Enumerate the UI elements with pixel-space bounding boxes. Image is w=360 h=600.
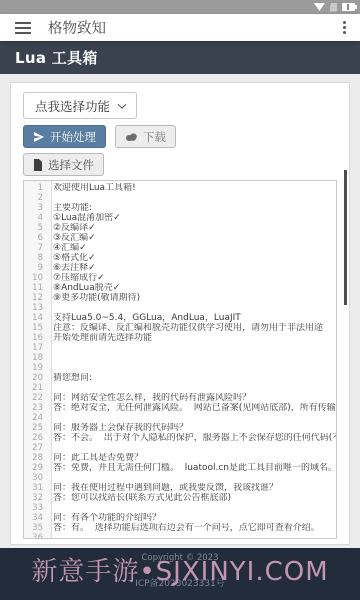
line-text	[47, 363, 53, 373]
editor-line: 8⑤格式化✓	[24, 253, 336, 263]
line-number: 2	[24, 193, 47, 203]
line-text: 问：网站安全性怎么样，我的代码有泄露风险吗？	[47, 393, 251, 403]
line-number: 7	[24, 243, 47, 253]
line-number: 15	[24, 323, 47, 333]
editor-line: 21	[24, 383, 336, 393]
editor-line: 32答：您可以找站长(联系方式见此公告框底部)	[24, 493, 336, 503]
line-number: 24	[24, 413, 47, 423]
send-icon	[33, 131, 45, 143]
line-number: 31	[24, 483, 47, 493]
line-text: ④汇编✓	[47, 243, 87, 253]
line-number: 13	[24, 303, 47, 313]
editor-line: 24	[24, 413, 336, 423]
status-bar	[0, 0, 360, 14]
page-title: Lua 工具箱	[15, 47, 98, 68]
editor-line: 2	[24, 193, 336, 203]
editor-line: 28问：此工具是否免费？	[24, 453, 336, 463]
editor-line: 15注意：反编译、反汇编和脱壳功能仅供学习使用，请勿用于非法用途	[24, 323, 336, 333]
editor-line: 11⑧AndLua脱壳✓	[24, 283, 336, 293]
line-text: ②反编译✓	[47, 223, 96, 233]
editor-line: 29答：免费，并且无需任何门槛。 luatool.cn是此工具目前唯一的域名。	[24, 463, 336, 473]
line-number: 20	[24, 373, 47, 383]
start-process-button[interactable]: 开始处理	[23, 125, 106, 148]
app-bar: 格物致知	[0, 14, 360, 41]
editor-line: 35答：有。 选择功能后选项右边会有一个问号，点它即可查看介绍。	[24, 523, 336, 533]
line-text: ⑦压缩成行✓	[47, 273, 105, 283]
line-number: 27	[24, 443, 47, 453]
line-text: ⑨更多功能(敬请期待)	[47, 293, 140, 303]
line-text: ⑥去注释✓	[47, 263, 96, 273]
line-number: 26	[24, 433, 47, 443]
editor-line: 12⑨更多功能(敬请期待)	[24, 293, 336, 303]
line-number: 34	[24, 513, 47, 523]
editor-line: 34问：有各个功能的介绍吗？	[24, 513, 336, 523]
cloud-download-icon	[125, 132, 138, 142]
function-select-dropdown[interactable]: 点我选择功能	[23, 92, 137, 119]
line-number: 36	[24, 533, 47, 539]
editor-line: 25问：服务器上会保存我的代码吗？	[24, 423, 336, 433]
editor-line: 1欢迎使用Lua工具箱!	[24, 183, 336, 193]
line-text	[47, 413, 53, 423]
editor-line: 23答：绝对安全，无任何泄露风险。 网站已备案(见网站底部)，所有传输均采用ht…	[24, 403, 336, 413]
line-number: 19	[24, 363, 47, 373]
line-number: 5	[24, 223, 47, 233]
line-text: ⑤格式化✓	[47, 253, 96, 263]
battery-icon	[342, 3, 355, 11]
editor-line: 36	[24, 533, 336, 539]
line-number: 11	[24, 283, 47, 293]
hamburger-icon[interactable]	[15, 22, 31, 34]
line-text	[47, 473, 53, 483]
editor-line: 5②反编译✓	[24, 223, 336, 233]
line-text	[47, 303, 53, 313]
line-text	[47, 193, 53, 203]
line-text: 答：有。 选择功能后选项右边会有一个问号，点它即可查看介绍。	[47, 523, 320, 533]
line-number: 16	[24, 333, 47, 343]
line-number: 18	[24, 353, 47, 363]
editor-line: 19	[24, 363, 336, 373]
line-number: 3	[24, 203, 47, 213]
line-number: 23	[24, 403, 47, 413]
action-button-row: 开始处理 下载	[23, 125, 176, 148]
line-text: 注意：反编译、反汇编和脱壳功能仅供学习使用，请勿用于非法用途	[47, 323, 323, 333]
line-text: 主要功能:	[47, 203, 92, 213]
wifi-icon	[314, 3, 325, 11]
line-text	[47, 353, 53, 363]
choose-file-button[interactable]: 选择文件	[23, 153, 104, 176]
toolbox-panel: 点我选择功能 开始处理 下载 选择文件 1欢迎使用Lua工具箱!23主要功能:4…	[10, 82, 350, 545]
start-process-label: 开始处理	[50, 129, 96, 145]
editor-line: 7④汇编✓	[24, 243, 336, 253]
line-text	[47, 533, 53, 539]
line-text: 答：您可以找站长(联系方式见此公告框底部)	[47, 493, 231, 503]
chevron-down-icon	[118, 100, 126, 108]
editor-line: 9⑥去注释✓	[24, 263, 336, 273]
editor-line: 16开始处理前请先选择功能	[24, 333, 336, 343]
line-number: 28	[24, 453, 47, 463]
file-icon	[33, 159, 43, 171]
line-number: 21	[24, 383, 47, 393]
editor-line: 27	[24, 443, 336, 453]
page-header: Lua 工具箱	[0, 41, 360, 74]
editor-line: 33	[24, 503, 336, 513]
line-text: 开始处理前请先选择功能	[47, 333, 152, 343]
line-number: 4	[24, 213, 47, 223]
editor-line: 26答：不会。 出于对个人隐私的保护，服务器上不会保存您的任何代码(不经您允许保	[24, 433, 336, 443]
line-number: 8	[24, 253, 47, 263]
download-button[interactable]: 下载	[115, 125, 176, 148]
line-number: 9	[24, 263, 47, 273]
line-text: 问：我在使用过程中遇到问题，或我要反馈，我该找谁？	[47, 483, 278, 493]
footer: Copyright © 2023 ICP备2023023331号 新意手游•SJ…	[0, 548, 360, 600]
line-number: 32	[24, 493, 47, 503]
sim-icon	[330, 3, 337, 12]
editor-line: 3主要功能:	[24, 203, 336, 213]
line-number: 1	[24, 183, 47, 193]
file-button-row: 选择文件	[23, 153, 104, 176]
editor-line: 31问：我在使用过程中遇到问题，或我要反馈，我该找谁？	[24, 483, 336, 493]
line-text: ③反汇编✓	[47, 233, 96, 243]
line-number: 14	[24, 313, 47, 323]
editor-line: 6③反汇编✓	[24, 233, 336, 243]
function-select-label: 点我选择功能	[35, 97, 110, 115]
line-text	[47, 343, 53, 353]
line-text: ⑧AndLua脱壳✓	[47, 283, 120, 293]
kebab-menu-icon[interactable]	[340, 18, 349, 37]
editor-line: 4①Lua混淆加密✓	[24, 213, 336, 223]
line-text	[47, 383, 53, 393]
editor-line: 13	[24, 303, 336, 313]
line-number: 25	[24, 423, 47, 433]
line-text: 问：此工具是否免费？	[47, 453, 143, 463]
editor-line: 30	[24, 473, 336, 483]
line-text: ①Lua混淆加密✓	[47, 213, 121, 223]
line-text: 支持Lua5.0~5.4，GGLua，AndLua，LuaJIT	[47, 313, 241, 323]
line-number: 10	[24, 273, 47, 283]
app-title: 格物致知	[48, 17, 106, 38]
editor-line: 18	[24, 353, 336, 363]
line-number: 6	[24, 233, 47, 243]
editor-line: 22问：网站安全性怎么样，我的代码有泄露风险吗？	[24, 393, 336, 403]
line-number: 17	[24, 343, 47, 353]
line-number: 22	[24, 393, 47, 403]
line-text: 问：有各个功能的介绍吗？	[47, 513, 161, 523]
line-number: 33	[24, 503, 47, 513]
line-text: 问：服务器上会保存我的代码吗？	[47, 423, 188, 433]
line-text	[47, 503, 53, 513]
scrollbar-thumb[interactable]	[344, 170, 347, 305]
site-watermark: 新意手游•SJXINYI.COM	[0, 551, 360, 588]
editor-line: 10⑦压缩成行✓	[24, 273, 336, 283]
download-label: 下载	[143, 129, 166, 145]
line-number: 30	[24, 473, 47, 483]
editor-line: 20猜您想问:	[24, 373, 336, 383]
choose-file-label: 选择文件	[48, 157, 94, 173]
notice-editor[interactable]: 1欢迎使用Lua工具箱!23主要功能:4①Lua混淆加密✓5②反编译✓6③反汇编…	[23, 180, 337, 539]
line-text: 欢迎使用Lua工具箱!	[47, 183, 136, 193]
line-number: 29	[24, 463, 47, 473]
line-text: 猜您想问:	[47, 373, 92, 383]
line-text	[47, 443, 53, 453]
line-text: 答：不会。 出于对个人隐私的保护，服务器上不会保存您的任何代码(不经您允许保	[47, 433, 336, 443]
editor-line: 17	[24, 343, 336, 353]
line-number: 12	[24, 293, 47, 303]
line-text: 答：绝对安全，无任何泄露风险。 网站已备案(见网站底部)，所有传输均采用http	[47, 403, 336, 413]
editor-line: 14支持Lua5.0~5.4，GGLua，AndLua，LuaJIT	[24, 313, 336, 323]
line-text: 答：免费，并且无需任何门槛。 luatool.cn是此工具目前唯一的域名。	[47, 463, 336, 473]
line-number: 35	[24, 523, 47, 533]
